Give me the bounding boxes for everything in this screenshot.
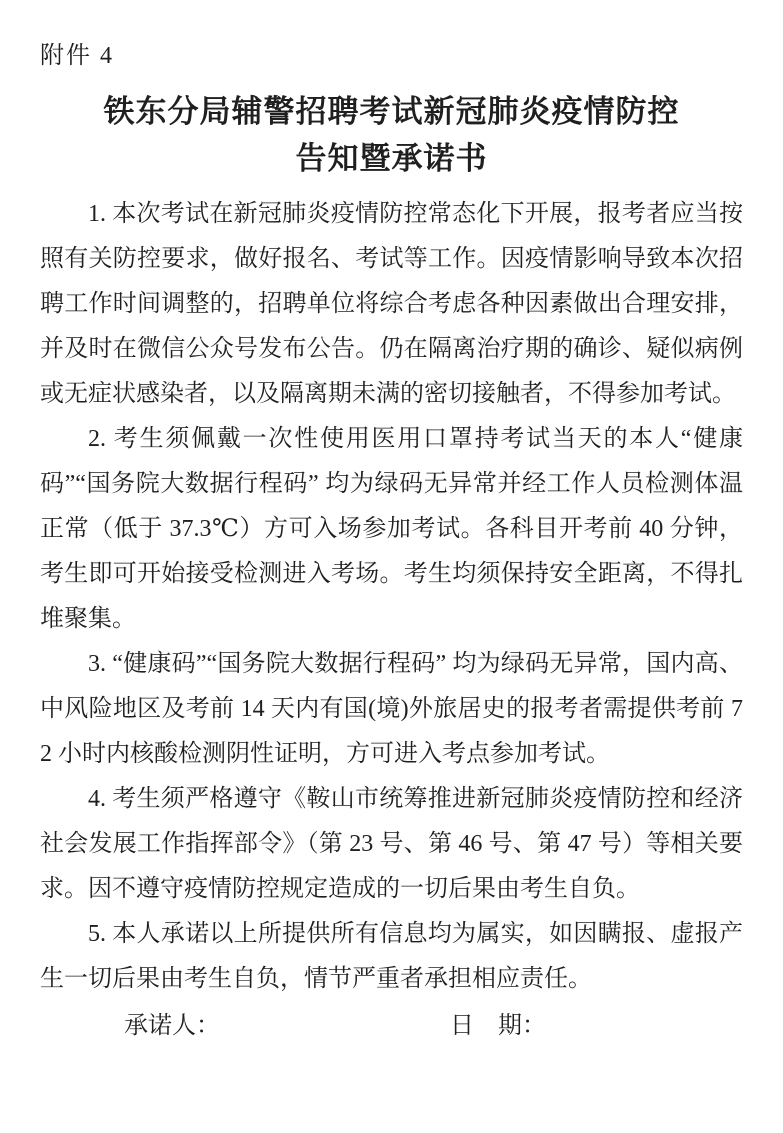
paragraph-4: 4. 考生须严格遵守《鞍山市统筹推进新冠肺炎疫情防控和经济社会发展工作指挥部令》… (40, 777, 743, 912)
document-title-line-2: 告知暨承诺书 (40, 135, 743, 182)
attachment-label: 附件 4 (40, 40, 743, 72)
paragraph-5: 5. 本人承诺以上所提供所有信息均为属实，如因瞒报、虚报产生一切后果由考生自负，… (40, 912, 743, 1002)
document-title-line-1: 铁东分局辅警招聘考试新冠肺炎疫情防控 (40, 88, 743, 135)
date-label: 日 期： (450, 1004, 546, 1049)
document-body: 1. 本次考试在新冠肺炎疫情防控常态化下开展，报考者应当按照有关防控要求，做好报… (40, 192, 743, 1002)
promisor-label: 承诺人： (124, 1004, 220, 1049)
signature-row: 承诺人： 日 期： (40, 1004, 743, 1049)
paragraph-2: 2. 考生须佩戴一次性使用医用口罩持考试当天的本人“健康码”“国务院大数据行程码… (40, 417, 743, 642)
document-title: 铁东分局辅警招聘考试新冠肺炎疫情防控 告知暨承诺书 (40, 88, 743, 182)
paragraph-3: 3. “健康码”“国务院大数据行程码” 均为绿码无异常，国内高、中风险地区及考前… (40, 642, 743, 777)
paragraph-1: 1. 本次考试在新冠肺炎疫情防控常态化下开展，报考者应当按照有关防控要求，做好报… (40, 192, 743, 417)
document-page: 附件 4 铁东分局辅警招聘考试新冠肺炎疫情防控 告知暨承诺书 1. 本次考试在新… (0, 0, 783, 1133)
